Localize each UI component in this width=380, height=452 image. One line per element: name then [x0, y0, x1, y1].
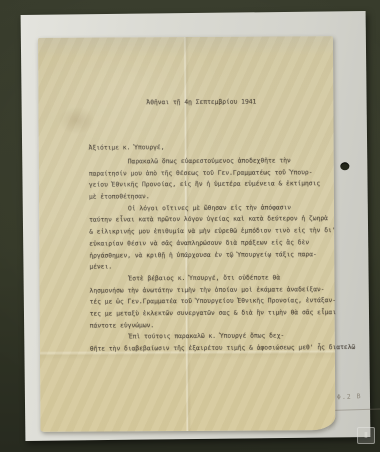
letter-body-line: εὐκαιρίαν θέσιν νὰ σᾶς ἀναπληρώσουν διὰ …	[89, 237, 327, 250]
letter-body-line: γείου Ἐθνικῆς Προνοίας, εἰς ἣν ἡ ὑμετέρα…	[89, 179, 327, 192]
punch-hole	[340, 162, 349, 170]
letter-date: Ἀθῆναι τῇ 4ῃ Σεπτεμβρίου 1941	[146, 99, 256, 107]
typewritten-letter: Ἀθῆναι τῇ 4ῃ Σεπτεμβρίου 1941 Ἀξιότιμε κ…	[38, 36, 335, 432]
letter-body: Παρακαλῶ ὅπως εὐαρεστούμενος ἀποδεχθῆτε …	[89, 155, 328, 355]
letter-body-line: θῆτε τὴν διαβεβαίωσιν τῆς ἐξαιρέτου τιμῆ…	[90, 342, 328, 355]
letter-body-line: τες με μεταξὺ ἐκλεκτῶν συνεργατῶν σας & …	[90, 307, 328, 320]
scanned-document-page: Φ.2 Β Ἀθῆναι τῇ 4ῃ Σεπτεμβρίου 1941 Ἀξιό…	[0, 0, 380, 452]
letter-body-line: ἠργάσθημεν, νὰ κριθῇ ἡ ὑπάρχουσα ἐν τῷ Ὑ…	[89, 249, 327, 262]
archival-annotation: Φ.2 Β	[337, 391, 380, 401]
watermark-icon: Ⅱ	[357, 427, 375, 444]
letter-salutation: Ἀξιότιμε κ. Ὑπουργέ,	[89, 144, 165, 151]
